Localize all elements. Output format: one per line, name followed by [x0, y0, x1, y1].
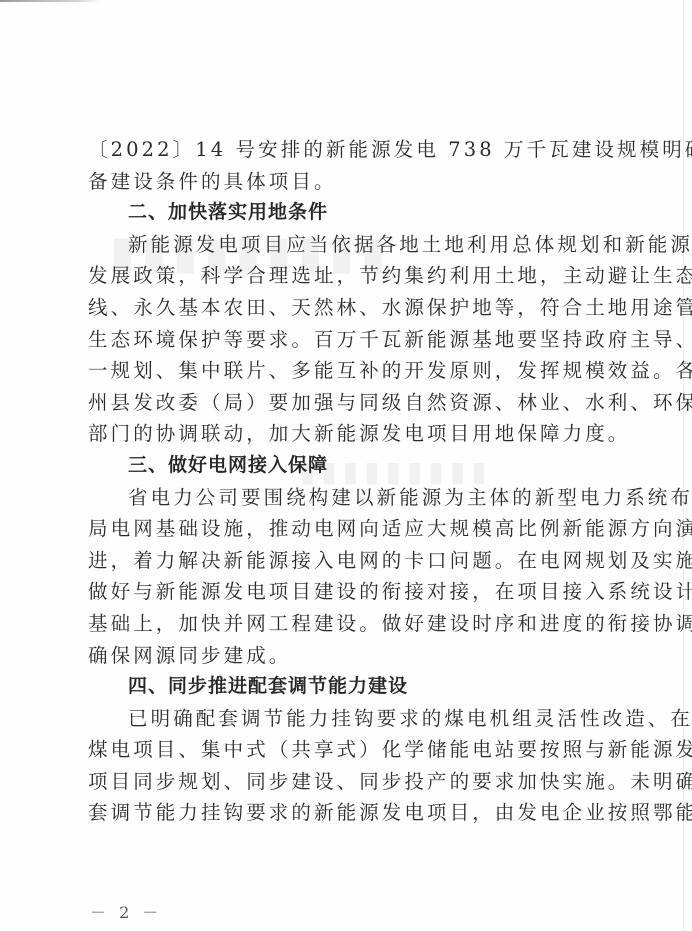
body-line: 生态环境保护等要求。百万千瓦新能源基地要坚持政府主导、统 — [88, 324, 598, 356]
body-line: 做好与新能源发电项目建设的衔接对接，在项目接入系统设计的 — [88, 576, 598, 608]
body-line: 新能源发电项目应当依据各地土地利用总体规划和新能源 — [88, 229, 598, 261]
body-line: 套调节能力挂钩要求的新能源发电项目，由发电企业按照鄂能源 — [88, 797, 598, 829]
body-line: 备建设条件的具体项目。 — [88, 166, 598, 198]
body-line: 局电网基础设施，推动电网向适应大规模高比例新能源方向演 — [88, 513, 598, 545]
section-heading-3: 三、做好电网接入保障 — [88, 450, 598, 482]
body-line: 线、永久基本农田、天然林、水源保护地等，符合土地用途管制、 — [88, 292, 598, 324]
body-line: 州县发改委（局）要加强与同级自然资源、林业、水利、环保等 — [88, 387, 598, 419]
body-line: 〔2022〕14 号安排的新能源发电 738 万千瓦建设规模明确到具 — [88, 134, 598, 166]
page-number: － 2 － — [90, 900, 162, 923]
body-line: 部门的协调联动，加大新能源发电项目用地保障力度。 — [88, 418, 598, 450]
body-line: 基础上，加快并网工程建设。做好建设时序和进度的衔接协调， — [88, 608, 598, 640]
body-line: 发展政策，科学合理选址，节约集约利用土地，主动避让生态红 — [88, 260, 598, 292]
body-line: 确保网源同步建成。 — [88, 640, 598, 672]
body-line: 煤电项目、集中式（共享式）化学储能电站要按照与新能源发电 — [88, 734, 598, 766]
body-line: 一规划、集中联片、多能互补的开发原则，发挥规模效益。各市 — [88, 355, 598, 387]
section-heading-4: 四、同步推进配套调节能力建设 — [88, 671, 598, 703]
document-body: 〔2022〕14 号安排的新能源发电 738 万千瓦建设规模明确到具 备建设条件… — [88, 134, 598, 829]
body-line: 项目同步规划、同步建设、同步投产的要求加快实施。未明确配 — [88, 766, 598, 798]
body-line: 省电力公司要围绕构建以新能源为主体的新型电力系统布 — [88, 482, 598, 514]
body-line: 已明确配套调节能力挂钩要求的煤电机组灵活性改造、在建 — [88, 703, 598, 735]
document-page: ▮▮▮▮▮▮▮▮▮ ▮▮▮▮▮▮▮▮▮ 〔2022〕14 号安排的新能源发电 7… — [0, 0, 692, 931]
section-heading-2: 二、加快落实用地条件 — [88, 197, 598, 229]
body-line: 进，着力解决新能源接入电网的卡口问题。在电网规划及实施中， — [88, 545, 598, 577]
scan-edge-top — [0, 0, 100, 2]
